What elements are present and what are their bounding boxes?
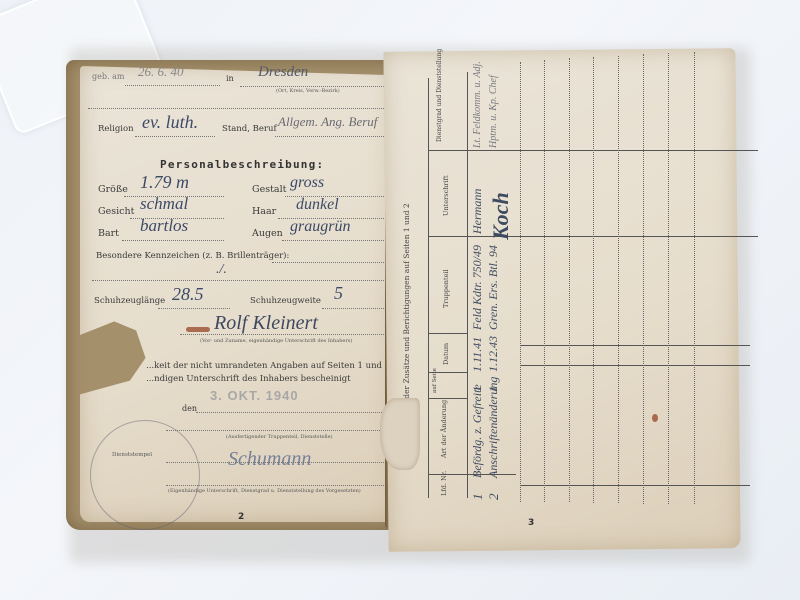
occupation-value: Allgem. Ang. Beruf bbox=[278, 114, 377, 130]
col-header-datum: Datum bbox=[442, 343, 450, 365]
row-line-1 bbox=[520, 345, 750, 346]
unit-caption: (Ausfertigender Truppenteil, Dienststell… bbox=[226, 434, 333, 440]
row-2-truppenteil: Gren. Ers. Btl. 94 bbox=[486, 245, 501, 330]
signature-line bbox=[180, 334, 388, 335]
birth-in-label: in bbox=[226, 74, 234, 83]
blank-row-line bbox=[569, 58, 570, 502]
blank-row-line bbox=[643, 54, 644, 504]
blank-row-line bbox=[520, 62, 521, 502]
religion-label: Religion bbox=[98, 124, 134, 134]
row-1-dienstgrad: Lt. Feldkomm. u. Adj. bbox=[472, 61, 483, 148]
occupation-line bbox=[275, 136, 390, 137]
col-header-dienstgrad: Dienstgrad und Dienststellung bbox=[436, 72, 443, 142]
date-stamp: 3. OKT. 1940 bbox=[210, 388, 299, 403]
officer-line bbox=[166, 462, 388, 463]
col-header-seite: auf Seite bbox=[432, 368, 438, 393]
face-label: Gesicht bbox=[98, 206, 134, 217]
date-line bbox=[196, 412, 390, 413]
holder-signature: Rolf Kleinert bbox=[214, 312, 318, 335]
marks-value: ./. bbox=[216, 262, 227, 278]
table-border-left bbox=[428, 78, 429, 498]
officer-caption: (Eigenhändige Unterschrift, Dienstgrad u… bbox=[168, 488, 361, 494]
unit-line bbox=[166, 430, 388, 431]
eyes-value: graugrün bbox=[290, 218, 350, 236]
ink-stain bbox=[186, 327, 210, 332]
stamp-label: Dienststempel bbox=[112, 452, 152, 458]
row-2-datum: 1.12.43 bbox=[486, 336, 501, 372]
row-2-seite: 1 bbox=[486, 386, 501, 392]
officer-signature: Schumann bbox=[228, 448, 311, 471]
row-2-dienstgrad: Hptm. u. Kp. Chef bbox=[488, 75, 499, 148]
beard-line bbox=[122, 240, 224, 241]
shoe-width-label: Schuhzeugweite bbox=[250, 296, 321, 306]
personal-description-heading: Personalbeschreibung: bbox=[160, 158, 324, 171]
row-1-nr: 1 bbox=[470, 494, 486, 501]
marks-label: Besondere Kennzeichen (z. B. Brillenträg… bbox=[96, 251, 289, 261]
col-header-nr: Lfd. Nr. bbox=[440, 471, 448, 496]
col-divider-datum bbox=[428, 333, 468, 334]
birth-label: geb. am bbox=[92, 72, 124, 81]
marks-line-2 bbox=[92, 280, 390, 281]
birth-place-caption: (Ort, Kreis, Verw.-Bezirk) bbox=[276, 88, 340, 94]
blank-row-line bbox=[544, 60, 545, 502]
beard-label: Bart bbox=[98, 228, 119, 239]
row-2-nr: 2 bbox=[486, 494, 502, 501]
shoe-length-line bbox=[158, 308, 230, 309]
blank-row-line bbox=[618, 56, 619, 503]
build-label: Gestalt bbox=[252, 184, 286, 195]
row-1-art: Befördg. z. Gefreite bbox=[470, 384, 485, 478]
col-divider-art bbox=[428, 398, 468, 399]
page-number-right: 3 bbox=[528, 518, 534, 528]
row-1-seite: 1 bbox=[470, 386, 485, 392]
birth-date-line bbox=[125, 85, 220, 86]
birth-date-value: 26. 6. 40 bbox=[138, 64, 184, 80]
eyes-label: Augen bbox=[252, 228, 283, 239]
blank-row-line bbox=[668, 53, 669, 504]
row-line-3 bbox=[520, 485, 750, 486]
row-1-datum: 1.11.41 bbox=[470, 337, 485, 372]
hair-value: dunkel bbox=[296, 196, 339, 214]
religion-value: ev. luth. bbox=[142, 112, 198, 133]
officer-line-2 bbox=[166, 485, 388, 486]
row-1-truppenteil: Feld Kdtr. 750/49 bbox=[470, 245, 485, 330]
occupation-label: Stand, Beruf bbox=[222, 124, 277, 134]
eyes-line bbox=[282, 240, 390, 241]
shoe-length-label: Schuhzeuglänge bbox=[94, 296, 165, 306]
religion-line bbox=[135, 136, 215, 137]
hair-label: Haar bbox=[252, 206, 276, 217]
shoe-length-value: 28.5 bbox=[172, 284, 204, 305]
row-line-2 bbox=[520, 365, 750, 366]
date-label: den bbox=[182, 404, 197, 413]
rust-spot bbox=[652, 414, 658, 422]
col-header-art: Art der Änderung bbox=[440, 400, 448, 458]
face-value: schmal bbox=[140, 194, 188, 214]
blank-row-line bbox=[593, 57, 594, 503]
row-2-unterschrift: Koch bbox=[488, 192, 514, 240]
torn-page-flap bbox=[380, 398, 420, 470]
blank-row-line bbox=[694, 52, 695, 504]
birth-place-value: Dresden bbox=[258, 64, 308, 81]
signature-caption: (Vor- und Zuname, eigenhändige Unterschr… bbox=[200, 338, 352, 344]
beard-value: bartlos bbox=[140, 216, 188, 236]
official-stamp bbox=[90, 420, 200, 530]
height-label: Größe bbox=[98, 184, 128, 195]
col-header-unterschrift: Unterschrift bbox=[442, 175, 450, 216]
birth-place-line bbox=[240, 86, 390, 87]
certification-text-2: ...ndigen Unterschrift des Inhabers besc… bbox=[146, 374, 351, 384]
marks-line-1 bbox=[272, 262, 390, 263]
build-value: gross bbox=[290, 174, 324, 192]
blank-line bbox=[88, 108, 390, 109]
shoe-width-value: 5 bbox=[334, 283, 343, 304]
height-value: 1.79 m bbox=[140, 172, 189, 193]
row-1-unterschrift: Hermann bbox=[470, 189, 485, 234]
shoe-width-line bbox=[322, 308, 390, 309]
col-header-truppenteil: Truppenteil bbox=[442, 269, 450, 308]
table-header-divider bbox=[467, 72, 468, 498]
page-number-left: 2 bbox=[238, 512, 244, 522]
certification-text-1: ...keit der nicht umrandeten Angaben auf… bbox=[146, 361, 409, 371]
